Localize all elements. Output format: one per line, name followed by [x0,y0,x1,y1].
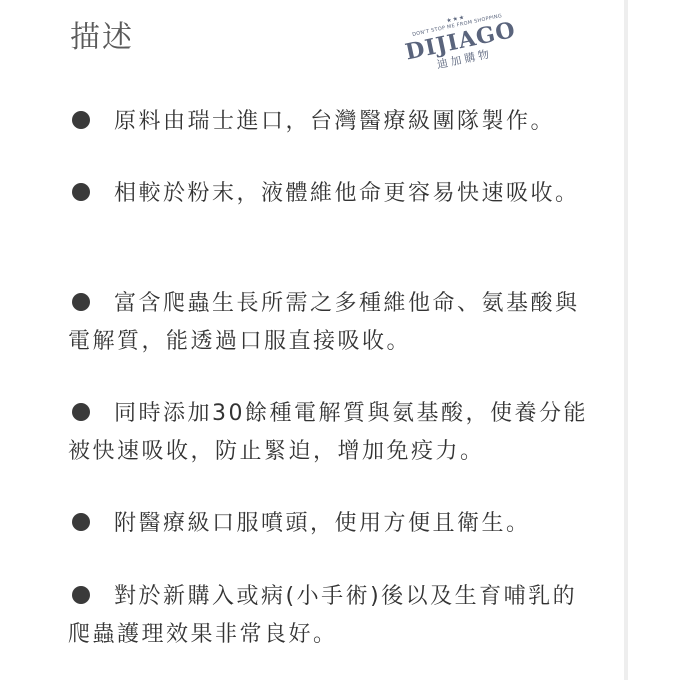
bullet-icon [72,183,90,201]
feature-item: 對於新購入或病(小手術)後以及生育哺乳的爬蟲護理效果非常良好。 [68,578,588,654]
feature-item: 相較於粉末，液體維他命更容易快速吸收。 [68,175,588,213]
feature-text: 對於新購入或病(小手術)後以及生育哺乳的爬蟲護理效果非常良好。 [68,584,577,647]
feature-text: 原料由瑞士進口，台灣醫療級團隊製作。 [114,109,555,134]
feature-item: 富含爬蟲生長所需之多種維他命、氨基酸與電解質，能透過口服直接吸收。 [68,285,588,361]
bullet-icon [72,586,90,604]
feature-text: 富含爬蟲生長所需之多種維他命、氨基酸與電解質，能透過口服直接吸收。 [68,291,580,354]
right-edge-divider [624,0,628,680]
feature-text: 相較於粉末，液體維他命更容易快速吸收。 [114,181,580,206]
description-heading: 描述 [70,18,134,58]
brand-watermark: ★★★ DON'T STOP ME FROM SHOPPING DIJIAGO … [397,4,528,92]
bullet-icon [72,403,90,421]
bullet-icon [72,513,90,531]
feature-item: 附醫療級口服噴頭，使用方便且衛生。 [68,505,588,543]
feature-text: 附醫療級口服噴頭，使用方便且衛生。 [114,511,531,536]
bullet-icon [72,293,90,311]
feature-text: 同時添加30餘種電解質與氨基酸，使養分能被快速吸收，防止緊迫，增加免疫力。 [68,401,588,464]
feature-item: 同時添加30餘種電解質與氨基酸，使養分能被快速吸收，防止緊迫，增加免疫力。 [68,395,588,471]
bullet-icon [72,111,90,129]
product-description-page: 描述 ★★★ DON'T STOP ME FROM SHOPPING DIJIA… [0,0,680,680]
feature-item: 原料由瑞士進口，台灣醫療級團隊製作。 [68,103,588,141]
